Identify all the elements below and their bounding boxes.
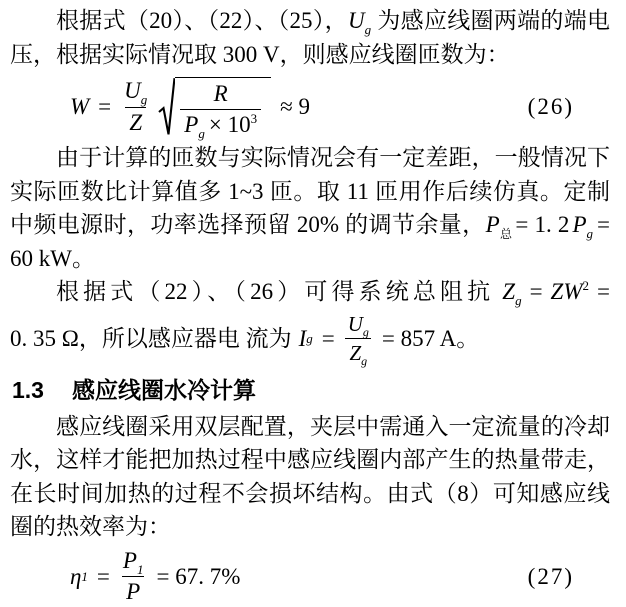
paragraph-impedance-line1: 根据式（22）、（26）可得系统总阻抗Zg=ZW2= [10,275,610,309]
var-Z: Z [349,341,361,365]
equation-27: η1 = P1 P = 67. 7% (27) [10,548,610,606]
text-run: 根据式（20）、（22）、（25）， [56,8,348,33]
var-U: U [348,312,363,336]
paragraph-turns-power: 由于计算的匝数与实际情况会有一定差距，一般情况下实际匝数比计算值多 1~3 匝。… [10,141,610,275]
equation-text: = 1. 2 [515,212,569,237]
equation-number: (27) [528,564,574,590]
sub-1: 1 [137,562,144,577]
equation-number: (26) [528,94,574,120]
fraction-Ug-over-Z: Ug Z [120,79,151,134]
var-U: U [348,8,365,33]
equals-sign: = [597,279,610,304]
var-U: U [124,78,141,103]
var-P: P [572,212,586,237]
fraction-P1-over-P: P1 P [119,549,148,604]
equals-sign: = [530,279,543,304]
radicand: R Pg× 103 [175,77,271,137]
text-run: 根据式（22）、（26）可得系统总阻抗 [56,279,494,304]
paragraph-intro-voltage: 根据式（20）、（22）、（25），Ug为感应线圈两端的端电压，根据实际情况取 … [10,4,610,71]
var-W: W [70,94,89,120]
fraction-numerator: P1 [119,549,148,576]
equation-result: = 67. 7% [156,564,240,590]
sub-zong: 总 [500,227,513,241]
fraction-R-over-Pg: R Pg× 103 [180,82,261,137]
sub-g: g [365,22,372,37]
fraction-denominator: Z [125,107,146,135]
equation-26-math: W = Ug Z R Pg× 103 ≈ 9 [10,77,528,137]
document-page: 根据式（20）、（22）、（25），Ug为感应线圈两端的端电压，根据实际情况取 … [0,0,626,606]
section-title: 感应线圈水冷计算 [72,377,256,403]
sub-g: g [363,325,369,339]
var-I: I [299,327,307,350]
sub-g: g [198,126,205,141]
section-number: 1.3 [12,377,44,403]
times-ten: × 10 [209,112,251,137]
var-P: P [123,548,137,573]
fraction-numerator: Ug [344,313,373,338]
fraction-numerator: Ug [120,79,151,106]
fraction-denominator: Zg [345,338,371,364]
text-run: 0. 35 Ω，所以感应器电 流为 [10,327,292,350]
fraction-denominator: Pg× 103 [180,109,261,137]
equals-sign: = [322,327,335,350]
var-P: P [486,212,500,237]
section-heading-1-3: 1.3感应线圈水冷计算 [12,375,610,405]
equation-text: = 857 A。 [382,327,479,350]
approx-nine: ≈ 9 [280,94,310,120]
sub-g: g [141,92,148,107]
equals-sign: = [98,94,111,120]
equation-27-math: η1 = P1 P = 67. 7% [10,549,528,604]
var-Z: Z [551,279,564,304]
exponent-3: 3 [251,111,258,126]
var-eta: η [70,564,81,590]
paragraph-impedance-line2: 0. 35 Ω，所以感应器电 流为 Ig = Ug Zg = 857 A。 [10,310,610,368]
equation-26: W = Ug Z R Pg× 103 ≈ 9 (26) [10,76,610,138]
exponent-2: 2 [583,278,590,293]
square-root: R Pg× 103 [158,77,271,137]
sub-g: g [361,354,367,368]
fraction-denominator: P [122,576,144,604]
text-run: 感应线圈采用双层配置，夹层中需通入一定流量的冷却水，这样才能把加热过程中感应线圈… [10,414,610,540]
var-W: W [563,279,582,304]
sqrt-radical-icon [158,77,175,137]
fraction-Ug-over-Zg: Ug Zg [344,313,373,364]
paragraph-water-cooling: 感应线圈采用双层配置，夹层中需通入一定流量的冷却水，这样才能把加热过程中感应线圈… [10,410,610,544]
sub-g: g [515,293,522,308]
fraction-numerator: R [210,82,232,109]
var-Z: Z [502,279,515,304]
var-P: P [184,112,198,137]
sub-g: g [587,226,594,241]
equals-sign: = [97,564,110,590]
